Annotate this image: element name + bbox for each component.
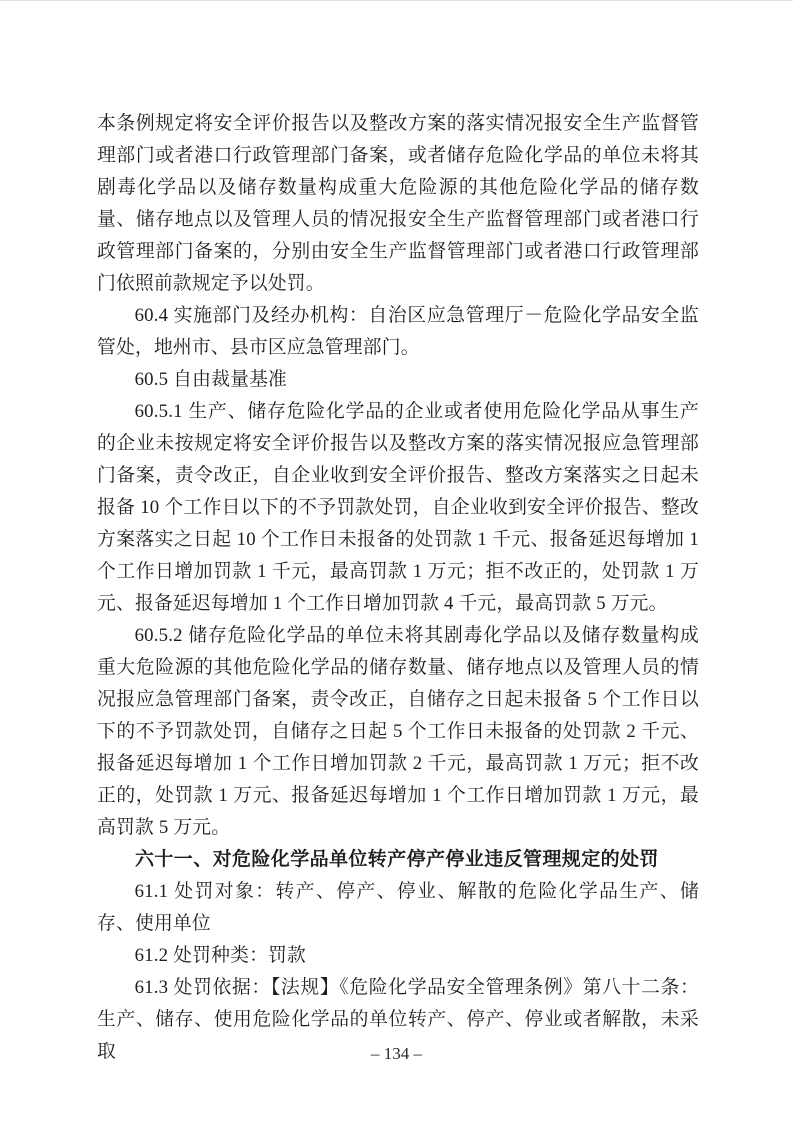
- paragraph: 60.5 自由裁量基准: [97, 364, 699, 396]
- paragraph: 61.2 处罚种类：罚款: [97, 940, 699, 972]
- document-page: { "document": { "paragraphs": [ { "type"…: [0, 0, 793, 1122]
- paragraph: 本条例规定将安全评价报告以及整改方案的落实情况报安全生产监督管理部门或者港口行政…: [97, 108, 699, 300]
- section-heading: 六十一、对危险化学品单位转产停产停业违反管理规定的处罚: [97, 844, 699, 876]
- document-body: 本条例规定将安全评价报告以及整改方案的落实情况报安全生产监督管理部门或者港口行政…: [97, 108, 699, 1068]
- paragraph: 60.5.2 储存危险化学品的单位未将其剧毒化学品以及储存数量构成重大危险源的其…: [97, 620, 699, 844]
- paragraph: 60.5.1 生产、储存危险化学品的企业或者使用危险化学品从事生产的企业未按规定…: [97, 396, 699, 620]
- paragraph: 60.4 实施部门及经办机构：自治区应急管理厅－危险化学品安全监管处，地州市、县…: [97, 300, 699, 364]
- page-number: – 134 –: [0, 1044, 793, 1064]
- paragraph: 61.1 处罚对象：转产、停产、停业、解散的危险化学品生产、储存、使用单位: [97, 876, 699, 940]
